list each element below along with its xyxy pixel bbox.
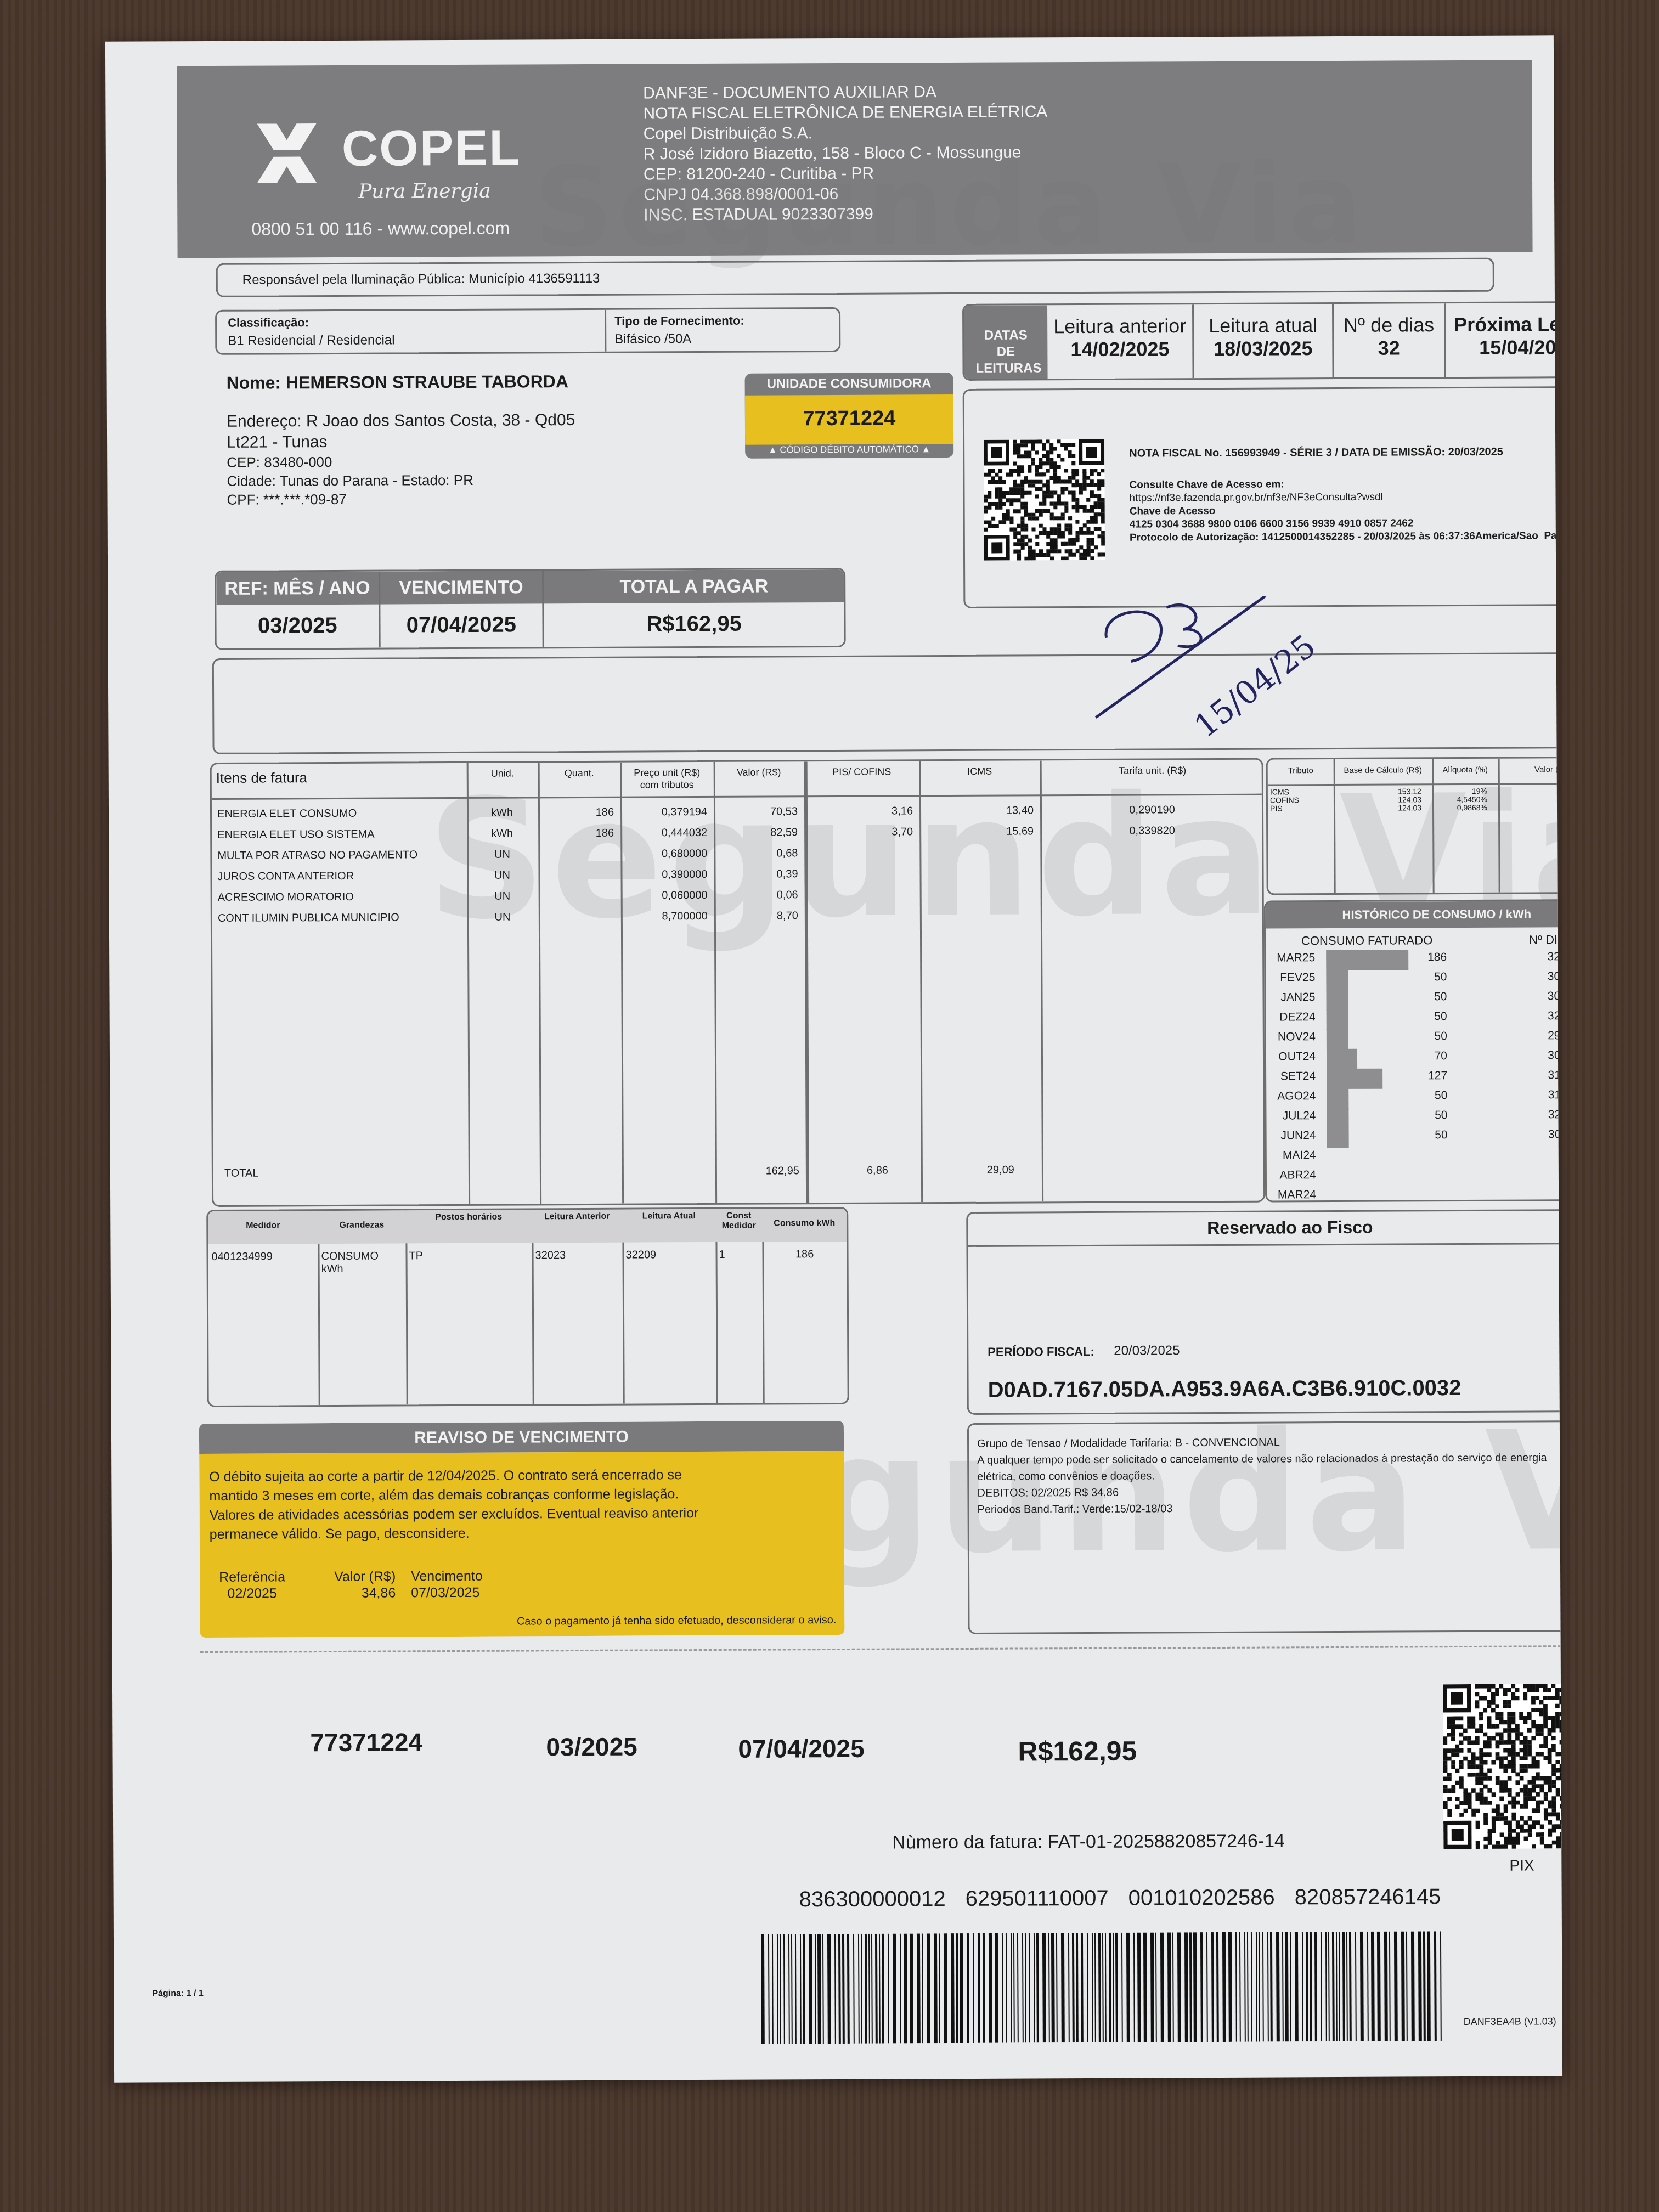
table-cell: 70,53 [719, 805, 798, 819]
dias-fat-header: Nº DIAS FAT. [1529, 933, 1562, 947]
consumption-value: 50 [1414, 1089, 1447, 1102]
consumption-value: 50 [1414, 1030, 1447, 1043]
venc-value: 07/03/2025 [411, 1584, 483, 1601]
month-label: SET24 [1272, 1070, 1316, 1083]
total-valor: 162,95 [721, 1165, 799, 1178]
company-line: R José Izidoro Biazetto, 158 - Bloco C -… [644, 142, 1048, 164]
unidade-value: 77371224 [745, 407, 953, 431]
consumption-bar [1327, 1128, 1349, 1148]
consumption-value: 50 [1414, 1109, 1447, 1122]
table-cell: JUROS CONTA ANTERIOR [217, 870, 460, 883]
chave-label: Chave de Acesso [1130, 503, 1563, 518]
table-cell [544, 890, 614, 890]
table-cell [1046, 866, 1259, 867]
column-header: Grandezas [320, 1220, 403, 1231]
pix-qr-code[interactable] [1443, 1684, 1562, 1849]
month-label: MAR25 [1271, 951, 1315, 964]
table-cell [925, 846, 1034, 847]
nota-fiscal-box: NOTA FISCAL No. 156993949 - SÉRIE 3 / DA… [963, 386, 1562, 608]
table-cell [1046, 908, 1259, 909]
days-value: 29 [1530, 1029, 1562, 1042]
column-divider [1432, 759, 1435, 893]
table-cell: 0,060000 [627, 889, 708, 902]
reaviso-footer: Caso o pagamento já tenha sido efetuado,… [517, 1614, 837, 1628]
table-cell: UN [472, 869, 532, 882]
total-label: TOTAL [224, 1167, 259, 1180]
leituras-title-text: DATAS DE LEITURAS [975, 327, 1036, 376]
column-divider [1040, 760, 1044, 1201]
table-cell: 32209 [626, 1249, 713, 1262]
iluminacao-text: Responsável pela Iluminação Pública: Mun… [242, 271, 600, 288]
col-value: 15/04/2025 [1446, 336, 1562, 359]
consumption-bar [1326, 950, 1408, 970]
table-cell: 0,68 [719, 847, 798, 860]
table-cell: UN [473, 911, 532, 923]
month-label: FEV25 [1271, 971, 1315, 984]
table-cell [544, 848, 614, 849]
table-cell: 0,39 [719, 868, 798, 881]
table-cell: 8,700000 [627, 910, 708, 923]
invoice-page: COPEL Pura Energia 0800 51 00 116 - www.… [105, 35, 1562, 2082]
reaviso-referencia: Referência 02/2025 [219, 1568, 285, 1602]
info-line: Periodos Band.Tarif.: Verde:15/02-18/03 [978, 1499, 1563, 1518]
month-label: OUT24 [1272, 1050, 1316, 1063]
table-cell: 0401234999 [212, 1250, 315, 1263]
column-header: Leitura Atual [624, 1211, 713, 1222]
consumption-value: 50 [1414, 970, 1447, 984]
consumption-bar [1327, 1029, 1348, 1049]
info-line: A qualquer tempo pode ser solicitado o c… [977, 1449, 1562, 1485]
column-header: Alíquota (%) [1432, 765, 1498, 775]
table-cell: 82,59 [719, 826, 798, 839]
company-info: DANF3E - DOCUMENTO AUXILIAR DA NOTA FISC… [643, 81, 1048, 225]
logo-text: COPEL [342, 119, 521, 177]
days-value: 31 [1530, 1069, 1562, 1082]
days-value: 30 [1529, 990, 1562, 1003]
proxima-leitura: Próxima Leitura 15/04/2025 [1446, 303, 1562, 377]
month-label: JAN25 [1271, 991, 1315, 1004]
consumption-value: 186 [1414, 951, 1447, 964]
header-divider [1268, 783, 1562, 786]
col-value: 14/02/2025 [1047, 337, 1192, 361]
fornecimento-value: Bifásico /50A [614, 331, 691, 347]
fisco-title: Reservado ao Fisco [968, 1216, 1562, 1239]
tributos-table: TributoBase de Cálculo (R$)Alíquota (%)V… [1266, 757, 1562, 895]
linha-digitavel[interactable]: 836300000012 629501110007 001010202586 8… [799, 1884, 1441, 1912]
page-number: Página: 1 / 1 [152, 1989, 203, 1999]
month-label: ABR24 [1272, 1169, 1316, 1182]
venc-label: Vencimento [411, 1568, 483, 1585]
table-cell: UN [473, 890, 532, 902]
periodo-fiscal-value: 20/03/2025 [1114, 1343, 1180, 1359]
col-label: Próxima Leitura [1446, 313, 1562, 336]
month-label: MAR24 [1272, 1188, 1316, 1201]
classificacao-label: Classificação: [228, 315, 309, 330]
days-value: 30 [1530, 1049, 1562, 1062]
historico-consumo: HISTÓRICO DE CONSUMO / kWh CONSUMO FATUR… [1264, 899, 1562, 1203]
total-icms: 29,09 [927, 1164, 1014, 1177]
table-cell: 0,680000 [626, 848, 707, 861]
linha-digitavel-block: 001010202586 [1128, 1886, 1275, 1911]
column-header: PIS/ COFINS [809, 765, 915, 778]
historico-title: HISTÓRICO DE CONSUMO / kWh [1266, 901, 1562, 929]
column-divider [804, 761, 810, 1203]
col-value: 18/03/2025 [1194, 337, 1332, 360]
table-cell: CONSUMO kWh [321, 1250, 403, 1276]
column-header: Base de Cálculo (R$) [1334, 765, 1432, 775]
total-a-pagar: TOTAL A PAGAR R$162,95 [544, 569, 844, 647]
table-cell: 0,379194 [626, 806, 707, 819]
customer-name: Nome: HEMERSON STRAUBE TABORDA [227, 371, 569, 393]
address-line: Endereço: R Joao dos Santos Costa, 38 - … [227, 410, 575, 432]
company-line: NOTA FISCAL ELETRÔNICA DE ENERGIA ELÉTRI… [643, 101, 1047, 123]
header-divider [212, 794, 1262, 800]
numero-dias: Nº de dias 32 [1334, 303, 1446, 377]
table-cell: 0,390000 [626, 868, 707, 882]
header-band: COPEL Pura Energia 0800 51 00 116 - www.… [177, 60, 1533, 258]
table-cell: 8,70 [720, 910, 798, 923]
column-divider [467, 763, 471, 1204]
column-divider [919, 761, 923, 1202]
table-cell [1046, 887, 1259, 888]
table-cell [544, 911, 614, 911]
column-header: Leitura Anterior [534, 1212, 620, 1222]
company-line: Copel Distribuição S.A. [644, 122, 1048, 144]
table-cell: 0,444032 [626, 827, 707, 840]
leituras-box: DATAS DE LEITURAS Leitura anterior 14/02… [962, 301, 1562, 381]
table-cell [926, 909, 1034, 909]
message-box [212, 652, 1562, 754]
table-cell [810, 909, 913, 910]
col-value: R$162,95 [544, 602, 844, 645]
info-lines: Grupo de Tensao / Modalidade Tarifaria: … [977, 1433, 1562, 1518]
table-cell: ICMS [1270, 788, 1323, 796]
column-header: ICMS [924, 765, 1036, 777]
handwritten-annotation: 15/04/25 [1084, 596, 1315, 723]
reaviso-text: O débito sujeita ao corte a partir de 12… [209, 1465, 720, 1544]
table-cell: PIS [1270, 804, 1323, 812]
days-value: 32 [1530, 1009, 1562, 1023]
table-cell [1046, 845, 1259, 847]
column-header: Medidor [210, 1221, 315, 1231]
column-header: Valor (R$) [718, 766, 800, 778]
info-box: Grupo de Tensao / Modalidade Tarifaria: … [967, 1420, 1562, 1634]
nota-fiscal-details: Consulte Chave de Acesso em: https://nf3… [1129, 477, 1562, 545]
days-value: 30 [1530, 1128, 1563, 1141]
company-line: DANF3E - DOCUMENTO AUXILIAR DA [643, 81, 1047, 103]
consumption-value: 50 [1414, 990, 1447, 1003]
address-line: Lt221 - Tunas [227, 431, 575, 453]
table-cell [926, 888, 1034, 888]
col-label: Nº de dias [1334, 313, 1444, 337]
month-label: MAI24 [1272, 1149, 1316, 1162]
month-label: AGO24 [1272, 1090, 1316, 1103]
month-label: NOV24 [1272, 1030, 1316, 1043]
days-value: 32 [1529, 950, 1562, 963]
table-cell: ENERGIA ELET CONSUMO [217, 807, 460, 821]
unidade-title: UNIDADE CONSUMIDORA [745, 376, 953, 392]
valor-label: Valor (R$) [334, 1568, 396, 1584]
col-header: REF: MÊS / ANO [216, 572, 379, 605]
fisco-hash-code: D0AD.7167.05DA.A953.9A6A.C3B6.910C.0032 [988, 1376, 1462, 1403]
consumption-bar [1327, 1088, 1348, 1109]
col-label: Leitura anterior [1047, 314, 1192, 338]
days-value: 30 [1529, 970, 1562, 983]
reaviso-valor: Valor (R$) 34,86 [334, 1568, 396, 1601]
resumo-cols: REF: MÊS / ANO 03/2025 VENCIMENTO 07/04/… [216, 569, 844, 648]
reaviso-vencimento: REAVISO DE VENCIMENTO O débito sujeita a… [199, 1421, 845, 1638]
consumption-bar [1327, 1069, 1383, 1089]
medidor-table: MedidorGrandezasPostos horáriosLeitura A… [206, 1207, 849, 1407]
leitura-atual: Leitura atual 18/03/2025 [1194, 304, 1334, 378]
days-value: 31 [1530, 1088, 1562, 1102]
contact-info: 0800 51 00 116 - www.copel.com [251, 218, 510, 240]
ref-value: 02/2025 [219, 1585, 285, 1602]
numero-fatura: Nùmero da fatura: FAT-01-20258820857246-… [892, 1830, 1285, 1853]
protocolo-autorizacao: Protocolo de Autorização: 14125000143522… [1130, 529, 1562, 545]
table-cell [810, 867, 913, 868]
company-line: CEP: 81200-240 - Curitiba - PR [644, 162, 1048, 184]
historico-rows: MAR2518632FEV255030JAN255030DEZ245032NOV… [1266, 950, 1562, 952]
table-cell: kWh [472, 806, 532, 819]
column-header: Consumo kWh [764, 1218, 844, 1229]
consumption-bar [1326, 990, 1348, 1010]
consumption-bar [1327, 1049, 1357, 1069]
table-cell [544, 869, 614, 870]
table-cell: 0,290190 [1046, 804, 1259, 817]
table-cell: 0,9868% [1435, 804, 1487, 812]
table-cell: 3,70 [810, 826, 913, 839]
customer-cpf: CPF: ***.***.*09-87 [227, 489, 575, 509]
table-cell: ACRESCIMO MORATORIO [218, 890, 461, 904]
nota-fiscal-qr-code[interactable] [984, 439, 1105, 561]
document-version: DANF3EA4B (V1.03) [1464, 2016, 1556, 2028]
column-header: Tributo [1268, 766, 1334, 776]
reservado-fisco-box: Reservado ao Fisco PERÍODO FISCAL: 20/03… [966, 1209, 1562, 1415]
canhoto-vencimento: 07/04/2025 [738, 1734, 864, 1764]
table-cell: 5,64 [1500, 795, 1562, 804]
table-cell: 0,339820 [1046, 825, 1259, 838]
company-line: CNPJ 04.368.898/0001-06 [644, 183, 1048, 205]
table-cell: 0,06 [720, 889, 798, 902]
info-line: DEBITOS: 02/2025 R$ 34,86 [977, 1482, 1562, 1502]
customer-address: Endereço: R Joao dos Santos Costa, 38 - … [227, 410, 575, 509]
consulta-url[interactable]: https://nf3e.fazenda.pr.gov.br/nf3e/NF3e… [1129, 490, 1562, 505]
linha-digitavel-block: 836300000012 [799, 1887, 946, 1912]
table-cell: 124,03 [1336, 804, 1421, 812]
table-cell: 1 [719, 1249, 759, 1261]
table-cell: 186 [766, 1248, 844, 1261]
reaviso-vencimento-date: Vencimento 07/03/2025 [411, 1568, 483, 1601]
leitura-anterior: Leitura anterior 14/02/2025 [1047, 304, 1194, 379]
table-cell: CONT ILUMIN PUBLICA MUNICIPIO [218, 911, 461, 925]
consumo-faturado-header: CONSUMO FATURADO [1301, 933, 1432, 948]
tagline: Pura Energia [358, 180, 491, 203]
classificacao-box: Classificação: B1 Residencial / Residenc… [215, 307, 840, 355]
ref-mes-ano: REF: MÊS / ANO 03/2025 [216, 572, 380, 648]
canhoto-uc: 77371224 [310, 1727, 422, 1757]
itens-fatura-table: Itens de faturaUnid.Quant.Preço unit (R$… [210, 758, 1266, 1207]
consulte-label: Consulte Chave de Acesso em: [1129, 477, 1562, 492]
column-header: Tarifa unit. (R$) [1045, 764, 1261, 777]
pix-label: PIX [1509, 1857, 1534, 1874]
consumption-bar [1326, 970, 1348, 990]
table-cell: TP [409, 1249, 529, 1262]
table-cell: 13,40 [925, 804, 1034, 817]
table-cell: 3,16 [810, 805, 913, 818]
table-cell [810, 888, 913, 889]
canhoto-ref: 03/2025 [546, 1732, 637, 1762]
column-header: Const Medidor [718, 1211, 760, 1231]
col-header: TOTAL A PAGAR [544, 569, 844, 603]
col-value: 03/2025 [216, 605, 379, 647]
month-label: DEZ24 [1272, 1011, 1316, 1024]
column-header: Valor (R$) [1498, 765, 1562, 775]
linha-digitavel-block: 629501110007 [966, 1886, 1109, 1911]
unidade-consumidora-badge: UNIDADE CONSUMIDORA 77371224 ▲ CÓDIGO DÉ… [745, 373, 954, 459]
month-label: JUN24 [1272, 1129, 1316, 1142]
iluminacao-box: Responsável pela Iluminação Pública: Mun… [216, 258, 1494, 297]
leituras-cols: Leitura anterior 14/02/2025 Leitura atua… [1047, 303, 1562, 379]
column-divider [620, 763, 624, 1204]
table-cell: COFINS [1270, 796, 1323, 804]
copel-logo-icon [254, 120, 320, 187]
reaviso-title: REAVISO DE VENCIMENTO [199, 1421, 844, 1454]
column-header: Itens de fatura [216, 771, 462, 784]
consumption-value: 70 [1414, 1049, 1447, 1063]
table-cell [810, 847, 913, 847]
consumption-value: 127 [1414, 1069, 1447, 1082]
canhoto-total: R$162,95 [1018, 1735, 1137, 1768]
vencimento: VENCIMENTO 07/04/2025 [380, 571, 544, 647]
debito-automatico-label: ▲ CÓDIGO DÉBITO AUTOMÁTICO ▲ [745, 444, 953, 456]
table-cell: MULTA POR ATRASO NO PAGAMENTO [217, 849, 460, 862]
ref-label: Referência [219, 1568, 285, 1585]
info-line: Grupo de Tensao / Modalidade Tarifaria: … [977, 1433, 1562, 1452]
table-cell: 15,69 [925, 825, 1034, 838]
company-line: INSC. ESTADUAL 9023307399 [644, 203, 1048, 225]
table-cell [925, 867, 1034, 867]
column-divider [1498, 759, 1500, 893]
chave-acesso: 4125 0304 3688 9800 0106 6600 3156 9939 … [1130, 516, 1562, 532]
column-header: Unid. [471, 767, 534, 779]
table-cell: 32023 [535, 1249, 619, 1262]
days-value: 32 [1530, 1108, 1562, 1121]
table-cell: ENERGIA ELET USO SISTEMA [217, 828, 460, 842]
classificacao-value: B1 Residencial / Residencial [228, 332, 394, 348]
linha-digitavel-block: 820857246145 [1295, 1884, 1441, 1910]
nota-fiscal-number: NOTA FISCAL No. 156993949 - SÉRIE 3 / DA… [1129, 446, 1503, 460]
table-cell: 186 [544, 806, 614, 820]
resumo-box: REF: MÊS / ANO 03/2025 VENCIMENTO 07/04/… [215, 568, 846, 650]
consumption-value: 50 [1415, 1128, 1448, 1142]
column-divider [538, 763, 542, 1204]
total-pis-cofins: 6,86 [811, 1165, 888, 1178]
customer-cep: CEP: 83480-000 [227, 452, 575, 472]
customer-city: Cidade: Tunas do Parana - Estado: PR [227, 470, 575, 490]
periodo-fiscal-label: PERÍODO FISCAL: [988, 1345, 1094, 1359]
table-cell: 29,09 [1500, 787, 1562, 795]
consumption-value: 50 [1414, 1010, 1447, 1023]
column-header: Quant. [543, 767, 616, 780]
col-header: VENCIMENTO [380, 571, 543, 604]
table-cell: 1,22 [1500, 803, 1562, 812]
col-label: Leitura atual [1194, 314, 1332, 337]
col-value: 32 [1334, 336, 1444, 360]
barcode[interactable] [761, 1931, 1447, 2044]
column-divider [1334, 759, 1336, 893]
consumption-bar [1327, 1108, 1348, 1128]
column-header: Postos horários [408, 1212, 529, 1222]
table-cell: UN [472, 848, 532, 861]
month-label: JUL24 [1272, 1109, 1316, 1122]
col-value: 07/04/2025 [380, 603, 543, 646]
table-cell: 186 [544, 827, 614, 840]
leituras-title: DATAS DE LEITURAS [964, 305, 1048, 381]
fornecimento-label: Tipo de Fornecimento: [614, 314, 744, 329]
consumption-bar [1327, 1009, 1348, 1030]
valor-value: 34,86 [334, 1584, 396, 1601]
column-header: Preço unit (R$) com tributos [625, 766, 709, 791]
table-cell: kWh [472, 827, 532, 840]
cut-line [200, 1645, 1562, 1653]
column-divider [714, 762, 718, 1203]
